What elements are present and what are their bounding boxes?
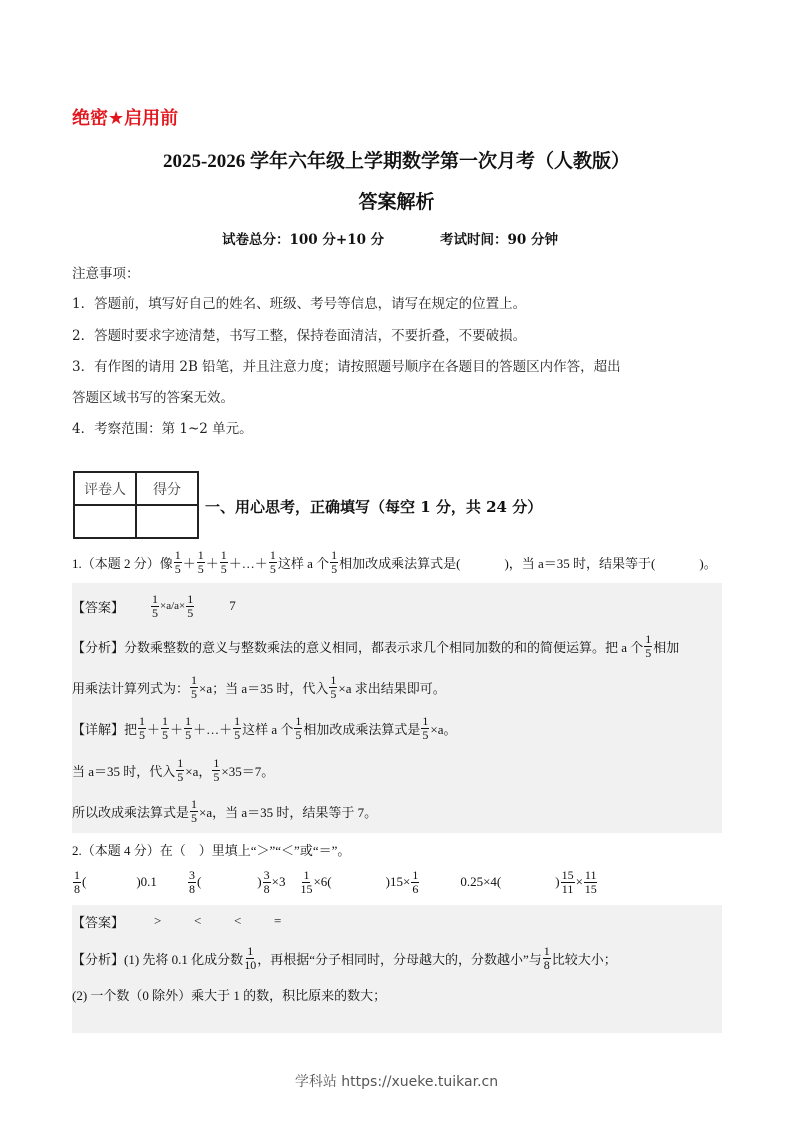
ellipsis: ＋…＋ [229, 553, 268, 572]
fraction: 15 [329, 674, 337, 701]
fraction: 15 [220, 549, 228, 576]
detail-tag: 【详解】 [72, 719, 124, 738]
q2-analysis-2: (2) 一个数（0 除外）乘大于 1 的数，积比原来的数大； [72, 984, 386, 1004]
question-2-stem: 2.（本题 4 分）在（ ）里填上“＞”“＜”或“＝”。 [72, 839, 350, 859]
q1-prefix: 1.（本题 2 分）像 [72, 553, 173, 572]
fraction: 15 [174, 549, 182, 576]
q1-detail-3: 所以改成乘法算式是 15 ×a，当 a＝35 时，结果等于 7。 [72, 793, 377, 829]
note-item: 1．答题前，填写好自己的姓名、班级、考号等信息，请写在规定的位置上。 [72, 292, 526, 312]
note-item: 答题区域书写的答案无效。 [72, 386, 234, 406]
q1-blank-close: )，当 a＝35 时，结果等于( [504, 553, 655, 572]
q1-answer: 【答案】 15 ×a/a× 15 7 [72, 588, 236, 624]
answer-text: ×a/a× [160, 600, 185, 612]
analysis-text: 分数乘整数的意义与整数乘法的意义相同，都表示求几个相同加数的和的简便运算。把 a… [124, 637, 643, 656]
answer-value: < [194, 913, 234, 929]
q1-detail: 【详解】 把 15 ＋ 15 ＋ 15 ＋…＋ 15 这样 a 个 15 相加改… [72, 710, 456, 746]
answer-value: 7 [229, 598, 236, 614]
analysis-tag: 【分析】 [72, 637, 124, 656]
q1-detail-2: 当 a＝35 时，代入 15 ×a， 15 ×35＝7。 [72, 752, 274, 788]
analysis-tag: 【分析】 [72, 949, 124, 968]
fraction: 15 [269, 549, 277, 576]
answer-value: > [154, 913, 194, 929]
note-item: 2．答题时要求字迹清楚，书写工整，保持卷面清洁，不要折叠，不要破损。 [72, 324, 526, 344]
fraction: 15 [190, 674, 198, 701]
fraction: 15 [330, 549, 338, 576]
question-1-stem: 1.（本题 2 分）像 15 ＋ 15 ＋ 15 ＋…＋ 15 这样 a 个 1… [72, 544, 717, 580]
total-score: 试卷总分：100 分+10 分 [222, 228, 384, 248]
answer-value: < [234, 913, 274, 929]
confidential-label: 绝密★启用前 [72, 104, 178, 130]
page-title: 2025-2026 学年六年级上学期数学第一次月考（人教版） [0, 146, 793, 173]
score-table: 评卷人 得分 [73, 471, 199, 539]
answer-tag: 【答案】 [72, 912, 124, 931]
grader-cell[interactable] [74, 505, 136, 538]
q2-answer: 【答案】 > < < = [72, 910, 314, 932]
footer-watermark: 学科站 https://xueke.tuikar.cn [0, 1071, 793, 1091]
answer-tag: 【答案】 [72, 597, 124, 616]
answer-value: = [274, 913, 314, 929]
section-title: 一、用心思考，正确填写（每空 1 分，共 24 分） [205, 496, 542, 517]
page-subtitle: 答案解析 [0, 187, 793, 214]
q2-analysis: 【分析】 (1) 先将 0.1 化成分数 110 ，再根据“分子相同时，分母越大… [72, 940, 617, 976]
exam-time: 考试时间：90 分钟 [440, 228, 558, 248]
q1-mid: 这样 a 个 [278, 553, 329, 572]
score-header: 得分 [136, 472, 198, 505]
fraction: 15 [197, 549, 205, 576]
q1-analysis-2: 用乘法计算列式为： 15 ×a；当 a＝35 时，代入 15 ×a 求出结果即可… [72, 669, 446, 705]
q2-items: 18 ( )0.1 38 ( ) 38 ×3 115 ×6( )15× 16 0… [72, 864, 598, 900]
fraction: 15 [186, 593, 194, 620]
note-item: 4．考察范围：第 1~2 单元。 [72, 417, 253, 437]
q1-end: )。 [699, 553, 716, 572]
notes-heading: 注意事项： [72, 262, 140, 282]
grader-header: 评卷人 [74, 472, 136, 505]
q1-mid2: 相加改成乘法算式是( [339, 553, 460, 572]
note-item: 3．有作图的请用 2B 铅笔，并且注意力度；请按照题号顺序在各题目的答题区内作答… [72, 355, 621, 375]
score-cell[interactable] [136, 505, 198, 538]
plus: ＋ [206, 553, 219, 572]
plus: ＋ [183, 553, 196, 572]
fraction: 15 [644, 633, 652, 660]
q1-analysis: 【分析】 分数乘整数的意义与整数乘法的意义相同，都表示求几个相同加数的和的简便运… [72, 628, 679, 664]
fraction: 15 [151, 593, 159, 620]
